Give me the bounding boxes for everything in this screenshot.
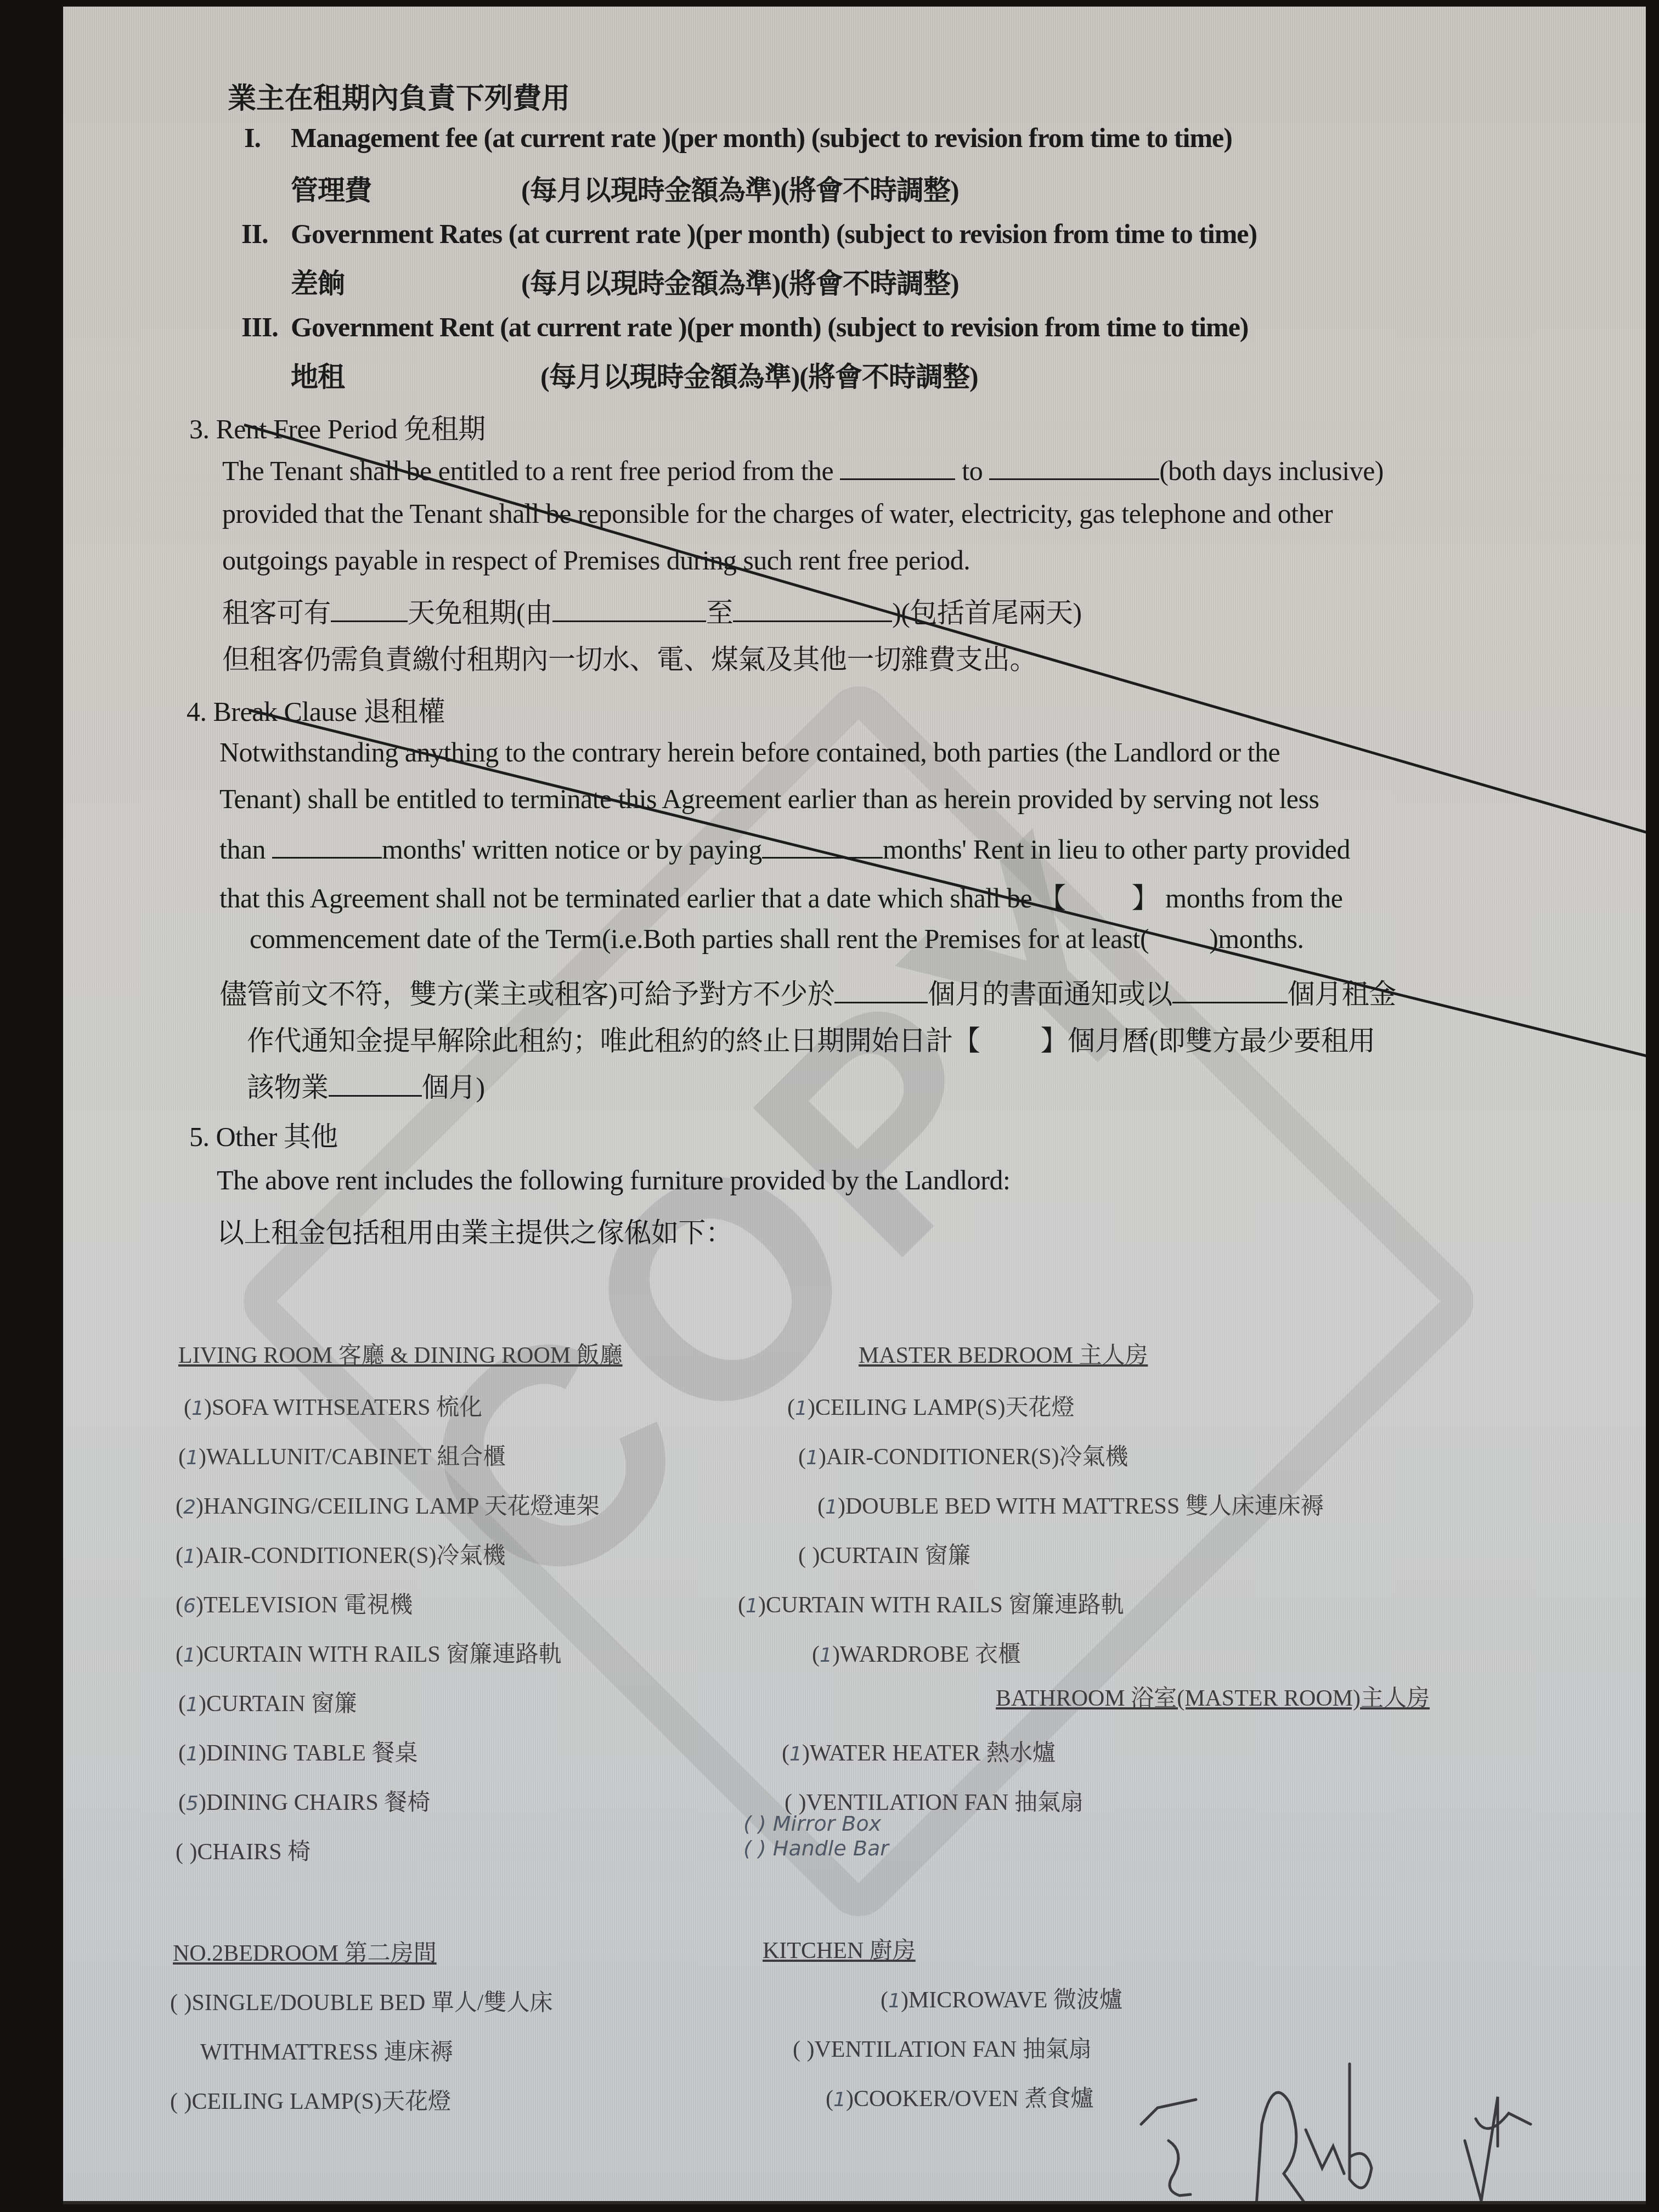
s3-zh: )(包括首尾兩天) bbox=[892, 597, 1081, 628]
furniture-label: VENTILATION FAN 抽氣扇 bbox=[814, 2037, 1092, 2062]
signature-initials bbox=[1125, 2047, 1618, 2204]
furniture-label: SOFA WITHSEATERS 梳化 bbox=[212, 1395, 482, 1420]
furniture-label: AIR-CONDITIONER(S)冷氣機 bbox=[204, 1543, 506, 1568]
furniture-item: (1)AIR-CONDITIONER(S)冷氣機 bbox=[176, 1537, 506, 1570]
furniture-qty: 1 bbox=[795, 1397, 808, 1420]
section-4-title: 4. Break Clause 退租權 bbox=[187, 690, 445, 729]
furniture-item: (1)DINING TABLE 餐桌 bbox=[178, 1735, 417, 1768]
furniture-label: CURTAIN 窗簾 bbox=[820, 1543, 970, 1568]
section-4-line-2: Tenant) shall be entitled to terminate t… bbox=[219, 783, 1319, 815]
furniture-qty: 1 bbox=[183, 1644, 196, 1667]
fee-1-zh-note: (每月以現時金額為準)(將會不時調整) bbox=[521, 168, 959, 208]
furniture-item: (1)CURTAIN WITH RAILS 窗簾連路軌 bbox=[176, 1636, 561, 1669]
furniture-qty bbox=[183, 1842, 189, 1864]
furniture-item: (2)HANGING/CEILING LAMP 天花燈連架 bbox=[176, 1488, 600, 1521]
section-4-zh-2: 作代通知金提早解除此租約；唯此租約的終止日期開始日計【】個月曆(即雙方最少要租用 bbox=[247, 1019, 1375, 1058]
s4-text: commencement date of the Term(i.e.Both p… bbox=[250, 923, 1149, 954]
fee-2-en: Government Rates (at current rate )(per … bbox=[291, 218, 1257, 250]
s4-zh: 作代通知金提早解除此租約；唯此租約的終止日期開始日計【 bbox=[247, 1025, 980, 1056]
furniture-label: CURTAIN 窗簾 bbox=[206, 1691, 357, 1717]
s4-zh: 儘管前文不符，雙方(業主或租客)可給予對方不少於 bbox=[219, 979, 834, 1009]
s4-text: than bbox=[219, 834, 266, 865]
section-3-line-3: outgoings payable in respect of Premises… bbox=[222, 544, 970, 576]
fee-1-en: Management fee (at current rate )(per mo… bbox=[291, 122, 1232, 154]
rent-free-from-zh-blank bbox=[552, 593, 706, 622]
furniture-qty: 1 bbox=[186, 1694, 199, 1716]
fee-3-zh-note: (每月以現時金額為準)(將會不時調整) bbox=[540, 355, 978, 394]
section-5-title: 5. Other 其他 bbox=[189, 1115, 338, 1154]
section-5-line-1: The above rent includes the following fu… bbox=[217, 1164, 1010, 1196]
s3-text: to bbox=[962, 455, 983, 486]
furniture-label: MICROWAVE 微波爐 bbox=[909, 1988, 1122, 2013]
handwritten-handle-bar: ( ) Handle Bar bbox=[743, 1836, 889, 1860]
section-3-title: 3. Rent Free Period 免租期 bbox=[189, 407, 486, 447]
furniture-item: (1)DOUBLE BED WITH MATTRESS 雙人床連床褥 bbox=[817, 1488, 1324, 1521]
furniture-item: ( )CEILING LAMP(S)天花燈 bbox=[170, 2083, 451, 2116]
furniture-item: (1)AIR-CONDITIONER(S)冷氣機 bbox=[798, 1438, 1128, 1471]
furniture-label: COOKER/OVEN 煮食爐 bbox=[854, 2086, 1094, 2112]
s3-zh: 租客可有 bbox=[222, 597, 331, 628]
furniture-label: WALLUNIT/CABINET 組合櫃 bbox=[206, 1444, 506, 1470]
signature-3 bbox=[1465, 2097, 1531, 2201]
furniture-qty bbox=[806, 1545, 812, 1568]
furniture-qty: 5 bbox=[186, 1792, 199, 1815]
furniture-item: (1)WALLUNIT/CABINET 組合櫃 bbox=[178, 1438, 506, 1471]
furniture-label: TELEVISION 電視機 bbox=[204, 1593, 413, 1618]
furniture-qty: 2 bbox=[183, 1496, 196, 1519]
furniture-item: (1)CURTAIN WITH RAILS 窗簾連路軌 bbox=[738, 1587, 1124, 1620]
furniture-label: WITHMATTRESS 連床褥 bbox=[200, 2040, 453, 2065]
signature-2 bbox=[1256, 2064, 1372, 2204]
notice-months-blank bbox=[272, 830, 382, 859]
furniture-label: HANGING/CEILING LAMP 天花燈連架 bbox=[204, 1494, 600, 1519]
rent-in-lieu-months-blank bbox=[762, 830, 883, 859]
furniture-label: CEILING LAMP(S)天花燈 bbox=[815, 1395, 1074, 1420]
s4-zh: 個月的書面通知或以 bbox=[928, 979, 1172, 1009]
furniture-qty bbox=[178, 2091, 184, 2114]
furniture-item: ( )VENTILATION FAN 抽氣扇 bbox=[793, 2031, 1092, 2064]
furniture-item: WITHMATTRESS 連床褥 bbox=[200, 2034, 453, 2067]
s4-text: months' Rent in lieu to other party prov… bbox=[883, 834, 1350, 865]
signature-1 bbox=[1141, 2100, 1196, 2196]
furniture-item: ( )CURTAIN 窗簾 bbox=[798, 1537, 971, 1570]
fee-1-zh-label: 管理費 bbox=[291, 168, 371, 208]
furniture-item: (1)COOKER/OVEN 煮食爐 bbox=[826, 2080, 1093, 2113]
notice-months-zh-blank bbox=[834, 974, 928, 1003]
furniture-item: (1)WARDROBE 衣櫃 bbox=[812, 1636, 1021, 1669]
furniture-label: WATER HEATER 熱水爐 bbox=[810, 1741, 1056, 1766]
fee-2-num: II. bbox=[241, 218, 268, 250]
fee-3-zh-label: 地租 bbox=[291, 355, 345, 394]
furniture-label: WARDROBE 衣櫃 bbox=[840, 1642, 1021, 1667]
section-4-line-5: commencement date of the Term(i.e.Both p… bbox=[250, 923, 1304, 955]
furniture-qty: 6 bbox=[183, 1595, 196, 1617]
s4-text: months' written notice or by paying bbox=[382, 834, 762, 865]
furniture-qty: 1 bbox=[833, 2089, 846, 2111]
rent-free-from-blank bbox=[840, 451, 955, 480]
min-term-zh-blank bbox=[329, 1068, 422, 1097]
fee-3-en: Government Rent (at current rate )(per m… bbox=[291, 311, 1249, 343]
furniture-item: ( )CHAIRS 椅 bbox=[176, 1833, 311, 1866]
furniture-label: SINGLE/DOUBLE BED 單人/雙人床 bbox=[191, 1990, 552, 2016]
furniture-item: (1)CURTAIN 窗簾 bbox=[178, 1685, 357, 1718]
furniture-label: DINING TABLE 餐桌 bbox=[206, 1741, 418, 1766]
landlord-fees-heading: 業主在租期內負責下列費用 bbox=[228, 75, 570, 116]
furniture-label: DOUBLE BED WITH MATTRESS 雙人床連床褥 bbox=[845, 1494, 1324, 1519]
furniture-qty: 1 bbox=[825, 1496, 838, 1519]
fee-3-num: III. bbox=[241, 311, 278, 343]
s4-zh: 該物業 bbox=[247, 1072, 329, 1103]
furniture-qty: 1 bbox=[806, 1447, 819, 1469]
s4-zh: 】個月曆(即雙方最少要租用 bbox=[1041, 1025, 1375, 1056]
section-4-line-4: that this Agreement shall not be termina… bbox=[219, 876, 1342, 916]
furniture-label: AIR-CONDITIONER(S)冷氣機 bbox=[826, 1444, 1128, 1470]
furniture-qty: 1 bbox=[186, 1743, 199, 1765]
s4-bracket: 】 bbox=[1132, 883, 1159, 913]
section-5-zh-1: 以上租金包括租用由業主提供之傢俬如下： bbox=[217, 1211, 733, 1250]
rent-free-days-blank bbox=[331, 593, 408, 622]
furniture-qty: 1 bbox=[746, 1595, 758, 1617]
section-4-zh-3: 該物業個月) bbox=[247, 1065, 485, 1105]
furniture-item: (1)WATER HEATER 熱水爐 bbox=[782, 1735, 1056, 1768]
rent-months-zh-blank bbox=[1172, 974, 1288, 1003]
kitchen-heading: KITCHEN 廚房 bbox=[763, 1932, 916, 1965]
furniture-qty: 1 bbox=[186, 1447, 199, 1469]
furniture-label: DINING CHAIRS 餐椅 bbox=[206, 1790, 430, 1815]
section-3-zh-1: 租客可有天免租期(由至)(包括首尾兩天) bbox=[222, 591, 1082, 630]
master-bedroom-heading: MASTER BEDROOM 主人房 bbox=[859, 1337, 1148, 1370]
furniture-label: CURTAIN WITH RAILS 窗簾連路軌 bbox=[766, 1593, 1124, 1618]
s4-zh: 個月租金 bbox=[1288, 979, 1396, 1009]
rent-free-to-blank bbox=[989, 451, 1159, 480]
s3-zh: 至 bbox=[706, 597, 733, 628]
furniture-label: CURTAIN WITH RAILS 窗簾連路軌 bbox=[204, 1642, 561, 1667]
handwritten-mirror-box: ( ) Mirror Box bbox=[743, 1812, 881, 1836]
furniture-item: (1)SOFA WITHSEATERS 梳化 bbox=[184, 1389, 482, 1422]
furniture-item: (6)TELEVISION 電視機 bbox=[176, 1587, 413, 1620]
furniture-qty: 1 bbox=[191, 1397, 204, 1420]
fee-2-zh-note: (每月以現時金額為準)(將會不時調整) bbox=[521, 262, 959, 301]
section-4-line-3: than months' written notice or by paying… bbox=[219, 830, 1350, 865]
fee-2-zh-label: 差餉 bbox=[291, 262, 345, 301]
s4-text: months from the bbox=[1165, 883, 1342, 913]
furniture-qty: 1 bbox=[820, 1644, 832, 1667]
document-page: COPY 業主在租期內負責下列費用 I. Management fee (at … bbox=[63, 7, 1646, 2204]
furniture-qty: 1 bbox=[183, 1545, 196, 1568]
master-bathroom-heading: BATHROOM 浴室(MASTER ROOM)主人房 bbox=[996, 1680, 1430, 1713]
section-3-line-2: provided that the Tenant shall be repons… bbox=[222, 498, 1333, 529]
furniture-item: (1)CEILING LAMP(S)天花燈 bbox=[787, 1389, 1074, 1422]
furniture-qty: 1 bbox=[888, 1990, 901, 2012]
furniture-qty bbox=[800, 2039, 806, 2062]
section-3-zh-2: 但租客仍需負責繳付租期內一切水、電、煤氣及其他一切雜費支出。 bbox=[222, 637, 1037, 677]
living-dining-heading: LIVING ROOM 客廳 & DINING ROOM 飯廳 bbox=[178, 1337, 623, 1370]
fee-1-num: I. bbox=[244, 122, 261, 154]
furniture-qty: 1 bbox=[789, 1743, 802, 1765]
furniture-label: CHAIRS 椅 bbox=[197, 1839, 311, 1865]
s4-text: that this Agreement shall not be termina… bbox=[219, 883, 1032, 913]
s3-text: (both days inclusive) bbox=[1159, 455, 1384, 486]
furniture-item: (5)DINING CHAIRS 餐椅 bbox=[178, 1784, 430, 1817]
s3-text: The Tenant shall be entitled to a rent f… bbox=[222, 455, 833, 486]
s3-zh: 天免租期(由 bbox=[408, 597, 552, 628]
furniture-item: (1)MICROWAVE 微波爐 bbox=[881, 1982, 1122, 2015]
furniture-item: ( )SINGLE/DOUBLE BED 單人/雙人床 bbox=[170, 1984, 552, 2017]
bedroom-2-heading: NO.2BEDROOM 第二房間 bbox=[173, 1935, 437, 1968]
section-4-zh-1: 儘管前文不符，雙方(業主或租客)可給予對方不少於個月的書面通知或以個月租金 bbox=[219, 972, 1396, 1012]
s4-zh: 個月) bbox=[422, 1072, 485, 1103]
furniture-qty bbox=[178, 1993, 184, 2015]
furniture-label: CEILING LAMP(S)天花燈 bbox=[191, 2089, 450, 2114]
